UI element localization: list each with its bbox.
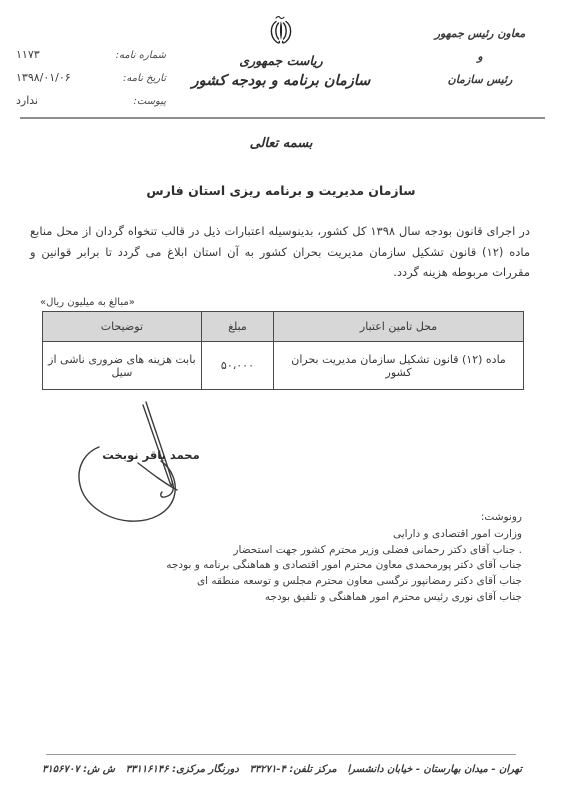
cc-item: جناب آقای دکتر رمضانپور نرگسی معاون محتر… [166,574,522,590]
signatory-name: محمد باقر نوبخت [98,448,204,462]
header-amount: مبلغ [201,312,273,342]
iran-emblem-icon [268,31,294,50]
title-line-deputy: معاون رئیس جمهور [412,22,548,45]
footer-fax: دورنگار مرکزی: ۳۳۱۱۶۱۴۶ [126,764,239,775]
letter-page: معاون رئیس جمهور و رئیس سازمان ریاست جمه… [0,0,562,798]
footer-divider [46,754,516,755]
meta-row-attachment: پیوست: ندارد [16,94,166,107]
letter-number-value: ۱۱۷۳ [16,48,40,61]
letter-number-label: شماره نامه: [116,50,166,61]
footer-registry: ش ش: ۳۱۵۶۷۰۷ [42,764,115,775]
letter-date-label: تاریخ نامه: [123,73,166,84]
meta-row-number: شماره نامه: ۱۱۷۳ [16,48,166,61]
allocation-table: محل تامین اعتبار مبلغ توضیحات ماده (۱۲) … [42,311,524,390]
table-unit-note: «مبالغ به میلیون ریال» [40,297,135,308]
letter-body-paragraph: در اجرای قانون بودجه سال ۱۳۹۸ کل کشور، ب… [30,221,530,283]
cc-block: رونوشت: وزارت امور اقتصادی و دارایی . جن… [166,510,522,606]
cc-item: . جناب آقای دکتر رحمانی فضلی وزیر محترم … [166,543,522,559]
table-row: ماده (۱۲) قانون تشکیل سازمان مدیریت بحرا… [43,342,524,390]
meta-row-date: تاریخ نامه: ۱۳۹۸/۰۱/۰۶ [16,71,166,84]
table-header-row: محل تامین اعتبار مبلغ توضیحات [43,312,524,342]
title-line-and: و [412,45,548,68]
cc-label: رونوشت: [166,510,522,526]
header-divider [20,117,545,119]
footer-address: تهران - میدان بهارستان - خیابان دانشسرا [347,764,522,775]
attachment-value: ندارد [16,94,38,107]
cc-item: جناب آقای دکتر پورمحمدی معاون محترم امور… [166,558,522,574]
letterhead-organization: سازمان برنامه و بودجه کشور [171,73,391,89]
letter-meta-block: شماره نامه: ۱۱۷۳ تاریخ نامه: ۱۳۹۸/۰۱/۰۶ … [16,48,166,117]
header-official-titles: معاون رئیس جمهور و رئیس سازمان [412,22,548,91]
cell-credit-source: ماده (۱۲) قانون تشکیل سازمان مدیریت بحرا… [274,342,524,390]
footer-contact-row: تهران - میدان بهارستان - خیابان دانشسرا … [42,764,522,775]
footer-phone: مرکز تلفن: ۴-۳۳۲۷۱ [249,764,336,775]
cc-item: وزارت امور اقتصادی و دارایی [166,527,522,543]
besmele-calligraphy: بسمه تعالی [0,136,562,151]
header-letterhead: ریاست جمهوری سازمان برنامه و بودجه کشور [171,14,391,89]
attachment-label: پیوست: [133,96,166,107]
cell-notes: بابت هزینه های ضروری ناشی از سیل [43,342,202,390]
letterhead-presidency: ریاست جمهوری [171,53,391,68]
cell-amount: ۵۰،۰۰۰ [201,342,273,390]
allocation-table-wrapper: محل تامین اعتبار مبلغ توضیحات ماده (۱۲) … [42,311,524,390]
title-line-head: رئیس سازمان [412,68,548,91]
cc-item: جناب آقای نوری رئیس محترم امور هماهنگی و… [166,590,522,606]
header-notes: توضیحات [43,312,202,342]
header-credit-source: محل تامین اعتبار [274,312,524,342]
recipient-title: سازمان مدیریت و برنامه ریزی استان فارس [0,183,562,198]
letter-date-value: ۱۳۹۸/۰۱/۰۶ [16,71,71,84]
